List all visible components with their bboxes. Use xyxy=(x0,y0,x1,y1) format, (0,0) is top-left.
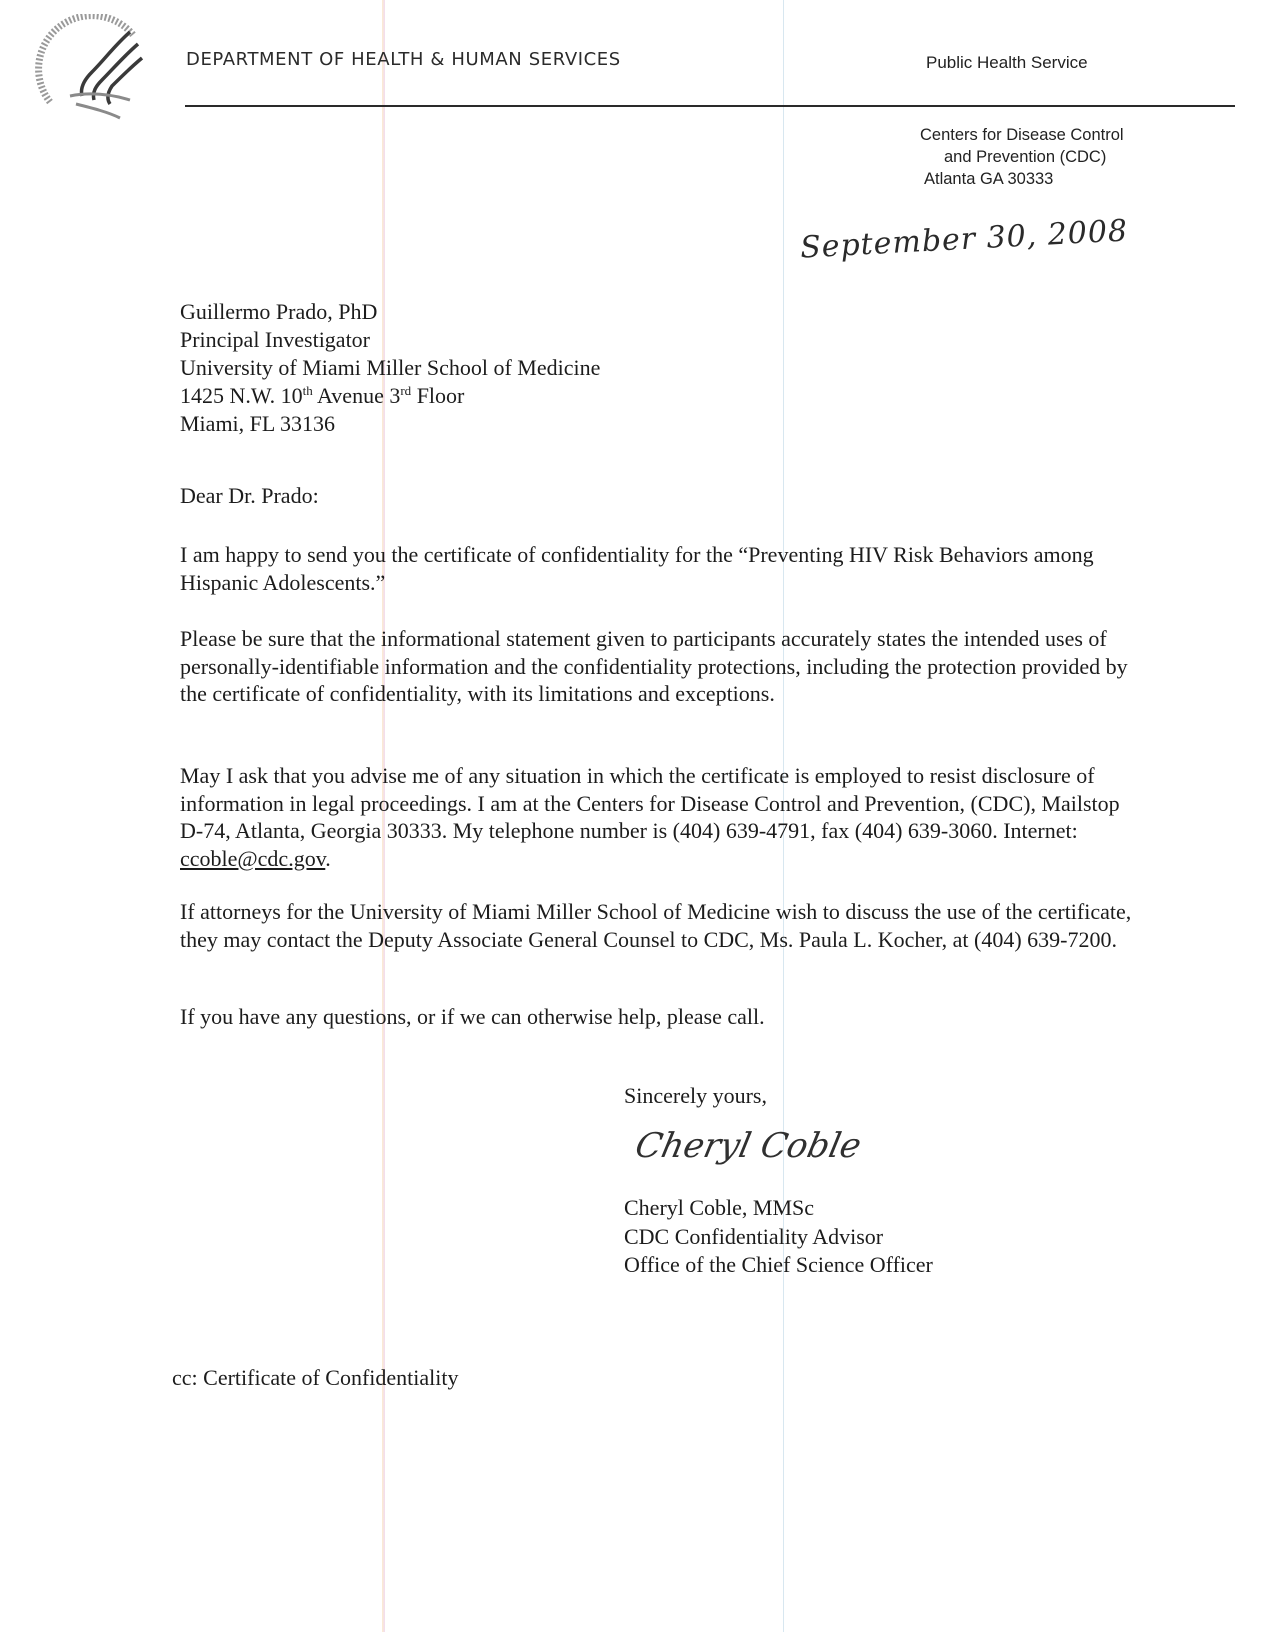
handwritten-signature: Cheryl Coble xyxy=(632,1126,865,1166)
signer-name: Cheryl Coble, MMSc xyxy=(624,1194,933,1223)
recipient-address: Guillermo Prado, PhD Principal Investiga… xyxy=(180,298,600,438)
body-paragraph-3: May I ask that you advise me of any situ… xyxy=(180,762,1140,872)
body-paragraph-5: If you have any questions, or if we can … xyxy=(180,1003,1140,1031)
signer-office: Office of the Chief Science Officer xyxy=(624,1251,933,1280)
signer-block: Cheryl Coble, MMSc CDC Confidentiality A… xyxy=(624,1194,933,1280)
department-heading: DEPARTMENT OF HEALTH & HUMAN SERVICES xyxy=(186,49,621,70)
handwritten-date: September 30, 2008 xyxy=(799,213,1129,265)
signer-title: CDC Confidentiality Advisor xyxy=(624,1223,933,1252)
hhs-seal-icon xyxy=(30,14,148,120)
closing: Sincerely yours, xyxy=(624,1082,767,1110)
body-paragraph-2: Please be sure that the informational st… xyxy=(180,625,1140,708)
letterhead-divider xyxy=(185,105,1235,107)
cc-line: cc: Certificate of Confidentiality xyxy=(172,1364,459,1392)
service-name: Public Health Service xyxy=(926,53,1088,73)
agency-address: Centers for Disease Control and Preventi… xyxy=(920,124,1124,190)
body-paragraph-1: I am happy to send you the certificate o… xyxy=(180,541,1140,596)
recipient-name: Guillermo Prado, PhD xyxy=(180,298,600,326)
body-paragraph-4: If attorneys for the University of Miami… xyxy=(180,898,1140,953)
recipient-title: Principal Investigator xyxy=(180,326,600,354)
email-link[interactable]: ccoble@cdc.gov xyxy=(180,846,325,871)
recipient-city: Miami, FL 33136 xyxy=(180,410,600,438)
recipient-organization: University of Miami Miller School of Med… xyxy=(180,354,600,382)
salutation: Dear Dr. Prado: xyxy=(180,482,319,510)
recipient-street: 1425 N.W. 10th Avenue 3rd Floor xyxy=(180,382,600,410)
